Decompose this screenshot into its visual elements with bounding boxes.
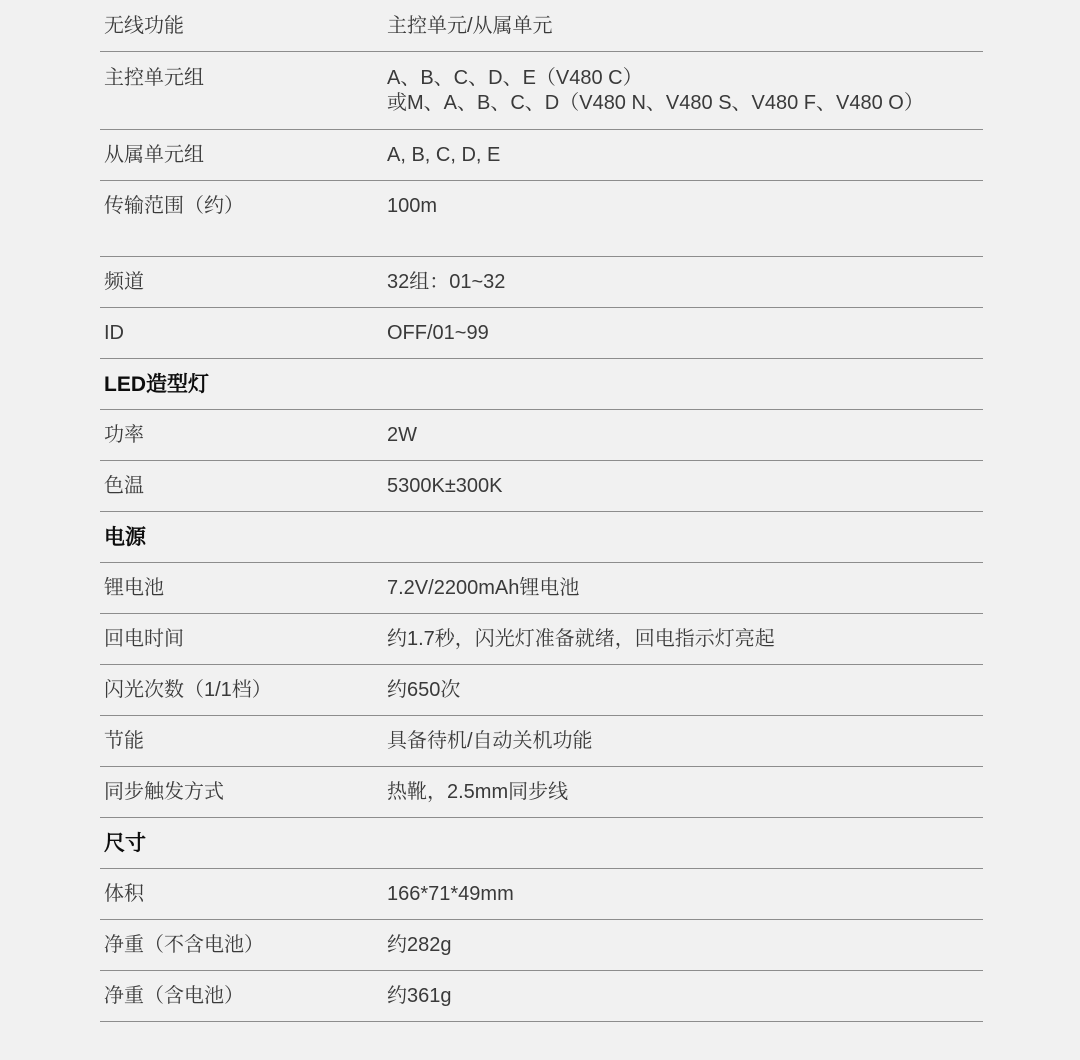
section-header-dimensions: 尺寸 bbox=[100, 818, 983, 869]
spec-row-lithium-battery: 锂电池 7.2V/2200mAh锂电池 bbox=[100, 563, 983, 614]
spec-value-line1: A、B、C、D、E（V480 C） bbox=[387, 66, 983, 91]
spec-value: 32组：01~32 bbox=[387, 270, 983, 295]
spec-value: 热靴，2.5mm同步线 bbox=[387, 780, 983, 805]
spec-label: 净重（不含电池） bbox=[104, 933, 387, 958]
spec-row-channels: 频道 32组：01~32 bbox=[100, 257, 983, 308]
section-title: LED造型灯 bbox=[104, 372, 209, 397]
spec-label: 净重（含电池） bbox=[104, 984, 387, 1009]
spec-label: 频道 bbox=[104, 270, 387, 295]
spec-value: 具备待机/自动关机功能 bbox=[387, 729, 983, 754]
spec-value: 166*71*49mm bbox=[387, 882, 983, 907]
spec-row-power: 功率 2W bbox=[100, 410, 983, 461]
spec-row-sync-trigger: 同步触发方式 热靴，2.5mm同步线 bbox=[100, 767, 983, 818]
spec-row-net-weight-with-battery: 净重（含电池） 约361g bbox=[100, 971, 983, 1022]
spec-value: 约361g bbox=[387, 984, 983, 1009]
spec-row-recycle-time: 回电时间 约1.7秒，闪光灯准备就绪，回电指示灯亮起 bbox=[100, 614, 983, 665]
spec-value: OFF/01~99 bbox=[387, 321, 983, 346]
spec-label: 主控单元组 bbox=[104, 66, 387, 91]
spec-label: ID bbox=[104, 321, 387, 346]
spec-value: 约282g bbox=[387, 933, 983, 958]
section-header-led-modeling-lamp: LED造型灯 bbox=[100, 359, 983, 410]
spec-value: A、B、C、D、E（V480 C） 或M、A、B、C、D（V480 N、V480… bbox=[387, 66, 983, 116]
spec-label: 色温 bbox=[104, 474, 387, 499]
spec-row-energy-saving: 节能 具备待机/自动关机功能 bbox=[100, 716, 983, 767]
spec-row-flash-count: 闪光次数（1/1档） 约650次 bbox=[100, 665, 983, 716]
spec-value: 7.2V/2200mAh锂电池 bbox=[387, 576, 983, 601]
spec-value-line2: 或M、A、B、C、D（V480 N、V480 S、V480 F、V480 O） bbox=[387, 91, 983, 116]
spec-value: 约650次 bbox=[387, 678, 983, 703]
spec-label: 同步触发方式 bbox=[104, 780, 387, 805]
spec-row-volume: 体积 166*71*49mm bbox=[100, 869, 983, 920]
spec-label: 锂电池 bbox=[104, 576, 387, 601]
spec-label: 节能 bbox=[104, 729, 387, 754]
spec-table: 无线功能 主控单元/从属单元 主控单元组 A、B、C、D、E（V480 C） 或… bbox=[100, 0, 983, 1022]
spec-value: 5300K±300K bbox=[387, 474, 983, 499]
spec-row-wireless-function: 无线功能 主控单元/从属单元 bbox=[100, 1, 983, 52]
spec-row-master-unit-groups: 主控单元组 A、B、C、D、E（V480 C） 或M、A、B、C、D（V480 … bbox=[100, 52, 983, 130]
spec-value: 2W bbox=[387, 423, 983, 448]
spec-row-id: ID OFF/01~99 bbox=[100, 308, 983, 359]
spec-label: 体积 bbox=[104, 882, 387, 907]
spec-label: 无线功能 bbox=[104, 14, 387, 39]
section-title: 电源 bbox=[104, 525, 146, 550]
spec-value: 约1.7秒，闪光灯准备就绪，回电指示灯亮起 bbox=[387, 627, 983, 652]
spec-row-transmission-range: 传输范围（约） 100m bbox=[100, 181, 983, 257]
spec-label: 闪光次数（1/1档） bbox=[104, 678, 387, 703]
spec-label: 从属单元组 bbox=[104, 143, 387, 168]
spec-label: 功率 bbox=[104, 423, 387, 448]
spec-row-color-temperature: 色温 5300K±300K bbox=[100, 461, 983, 512]
section-header-power-supply: 电源 bbox=[100, 512, 983, 563]
spec-value: 主控单元/从属单元 bbox=[387, 14, 983, 39]
spec-value: A, B, C, D, E bbox=[387, 143, 983, 168]
spec-label: 传输范围（约） bbox=[104, 194, 387, 219]
spec-label: 回电时间 bbox=[104, 627, 387, 652]
spec-row-slave-unit-groups: 从属单元组 A, B, C, D, E bbox=[100, 130, 983, 181]
spec-row-net-weight-without-battery: 净重（不含电池） 约282g bbox=[100, 920, 983, 971]
spec-value: 100m bbox=[387, 194, 983, 219]
section-title: 尺寸 bbox=[104, 831, 146, 856]
